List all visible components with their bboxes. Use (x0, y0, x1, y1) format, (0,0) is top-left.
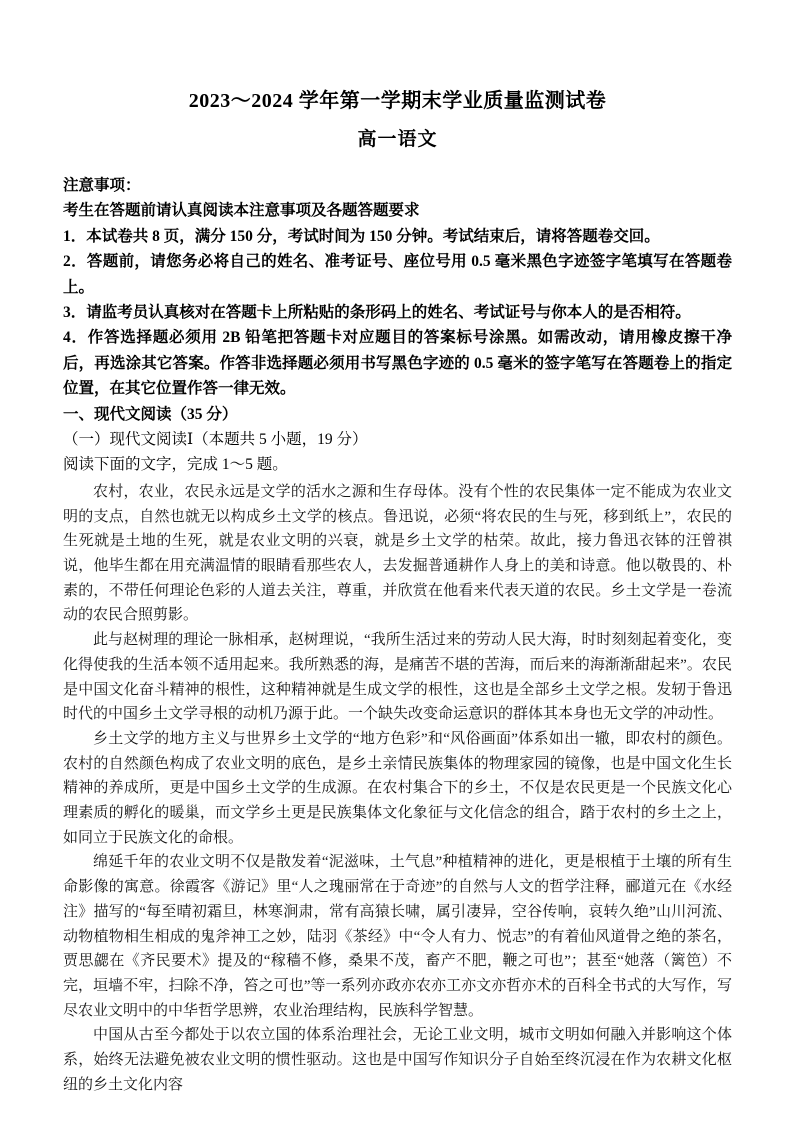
reading-passage: 农村，农业，农民永远是文学的活水之源和生存母体。没有个性的农民集体一定不能成为农… (63, 480, 732, 1098)
notice-section: 注意事项： 考生在答题前请认真阅读本注意事项及各题答题要求 1．本试卷共 8 页… (63, 173, 732, 402)
notice-item-4: 4．作答选择题必须用 2B 铅笔把答题卡对应题目的答案标号涂黑。如需改动，请用橡… (63, 325, 732, 401)
section-heading-modern-reading: 一、现代文阅读（35 分） (63, 402, 732, 427)
exam-subject-title: 高一语文 (63, 128, 732, 152)
passage-paragraph-2: 此与赵树理的理论一脉相承，赵树理说，“我所生活过来的劳动人民大海，时时刻刻起着变… (63, 628, 732, 727)
passage-paragraph-4: 绵延千年的农业文明不仅是散发着“泥滋味，土气息”种植精神的进化，更是根植于土壤的… (63, 850, 732, 1023)
notice-item-3: 3．请监考员认真核对在答题卡上所粘贴的条形码上的姓名、考试证号与你本人的是否相符… (63, 300, 732, 325)
passage-paragraph-3: 乡土文学的地方主义与世界乡土文学的“地方色彩”和“风俗画面”体系如出一辙，即农村… (63, 727, 732, 851)
notice-item-2: 2．答题前，请您务必将自己的姓名、准考证号、座位号用 0.5 毫米黑色字迹签字笔… (63, 249, 732, 300)
exam-paper-page: 2023～2024 学年第一学期末学业质量监测试卷 高一语文 注意事项： 考生在… (0, 0, 794, 1123)
passage-paragraph-1: 农村，农业，农民永远是文学的活水之源和生存母体。没有个性的农民集体一定不能成为农… (63, 480, 732, 628)
notice-intro: 考生在答题前请认真阅读本注意事项及各题答题要求 (63, 198, 732, 223)
notice-heading: 注意事项： (63, 173, 732, 198)
notice-item-1: 1．本试卷共 8 页，满分 150 分，考试时间为 150 分钟。考试结束后，请… (63, 224, 732, 249)
exam-title: 2023～2024 学年第一学期末学业质量监测试卷 (63, 88, 732, 114)
reading-instruction: 阅读下面的文字，完成 1～5 题。 (63, 452, 732, 477)
passage-paragraph-5: 中国从古至今都处于以农立国的体系治理社会，无论工业文明，城市文明如何融入并影响这… (63, 1023, 732, 1097)
subsection-heading-reading-1: （一）现代文阅读Ⅰ（本题共 5 小题，19 分） (63, 427, 732, 452)
